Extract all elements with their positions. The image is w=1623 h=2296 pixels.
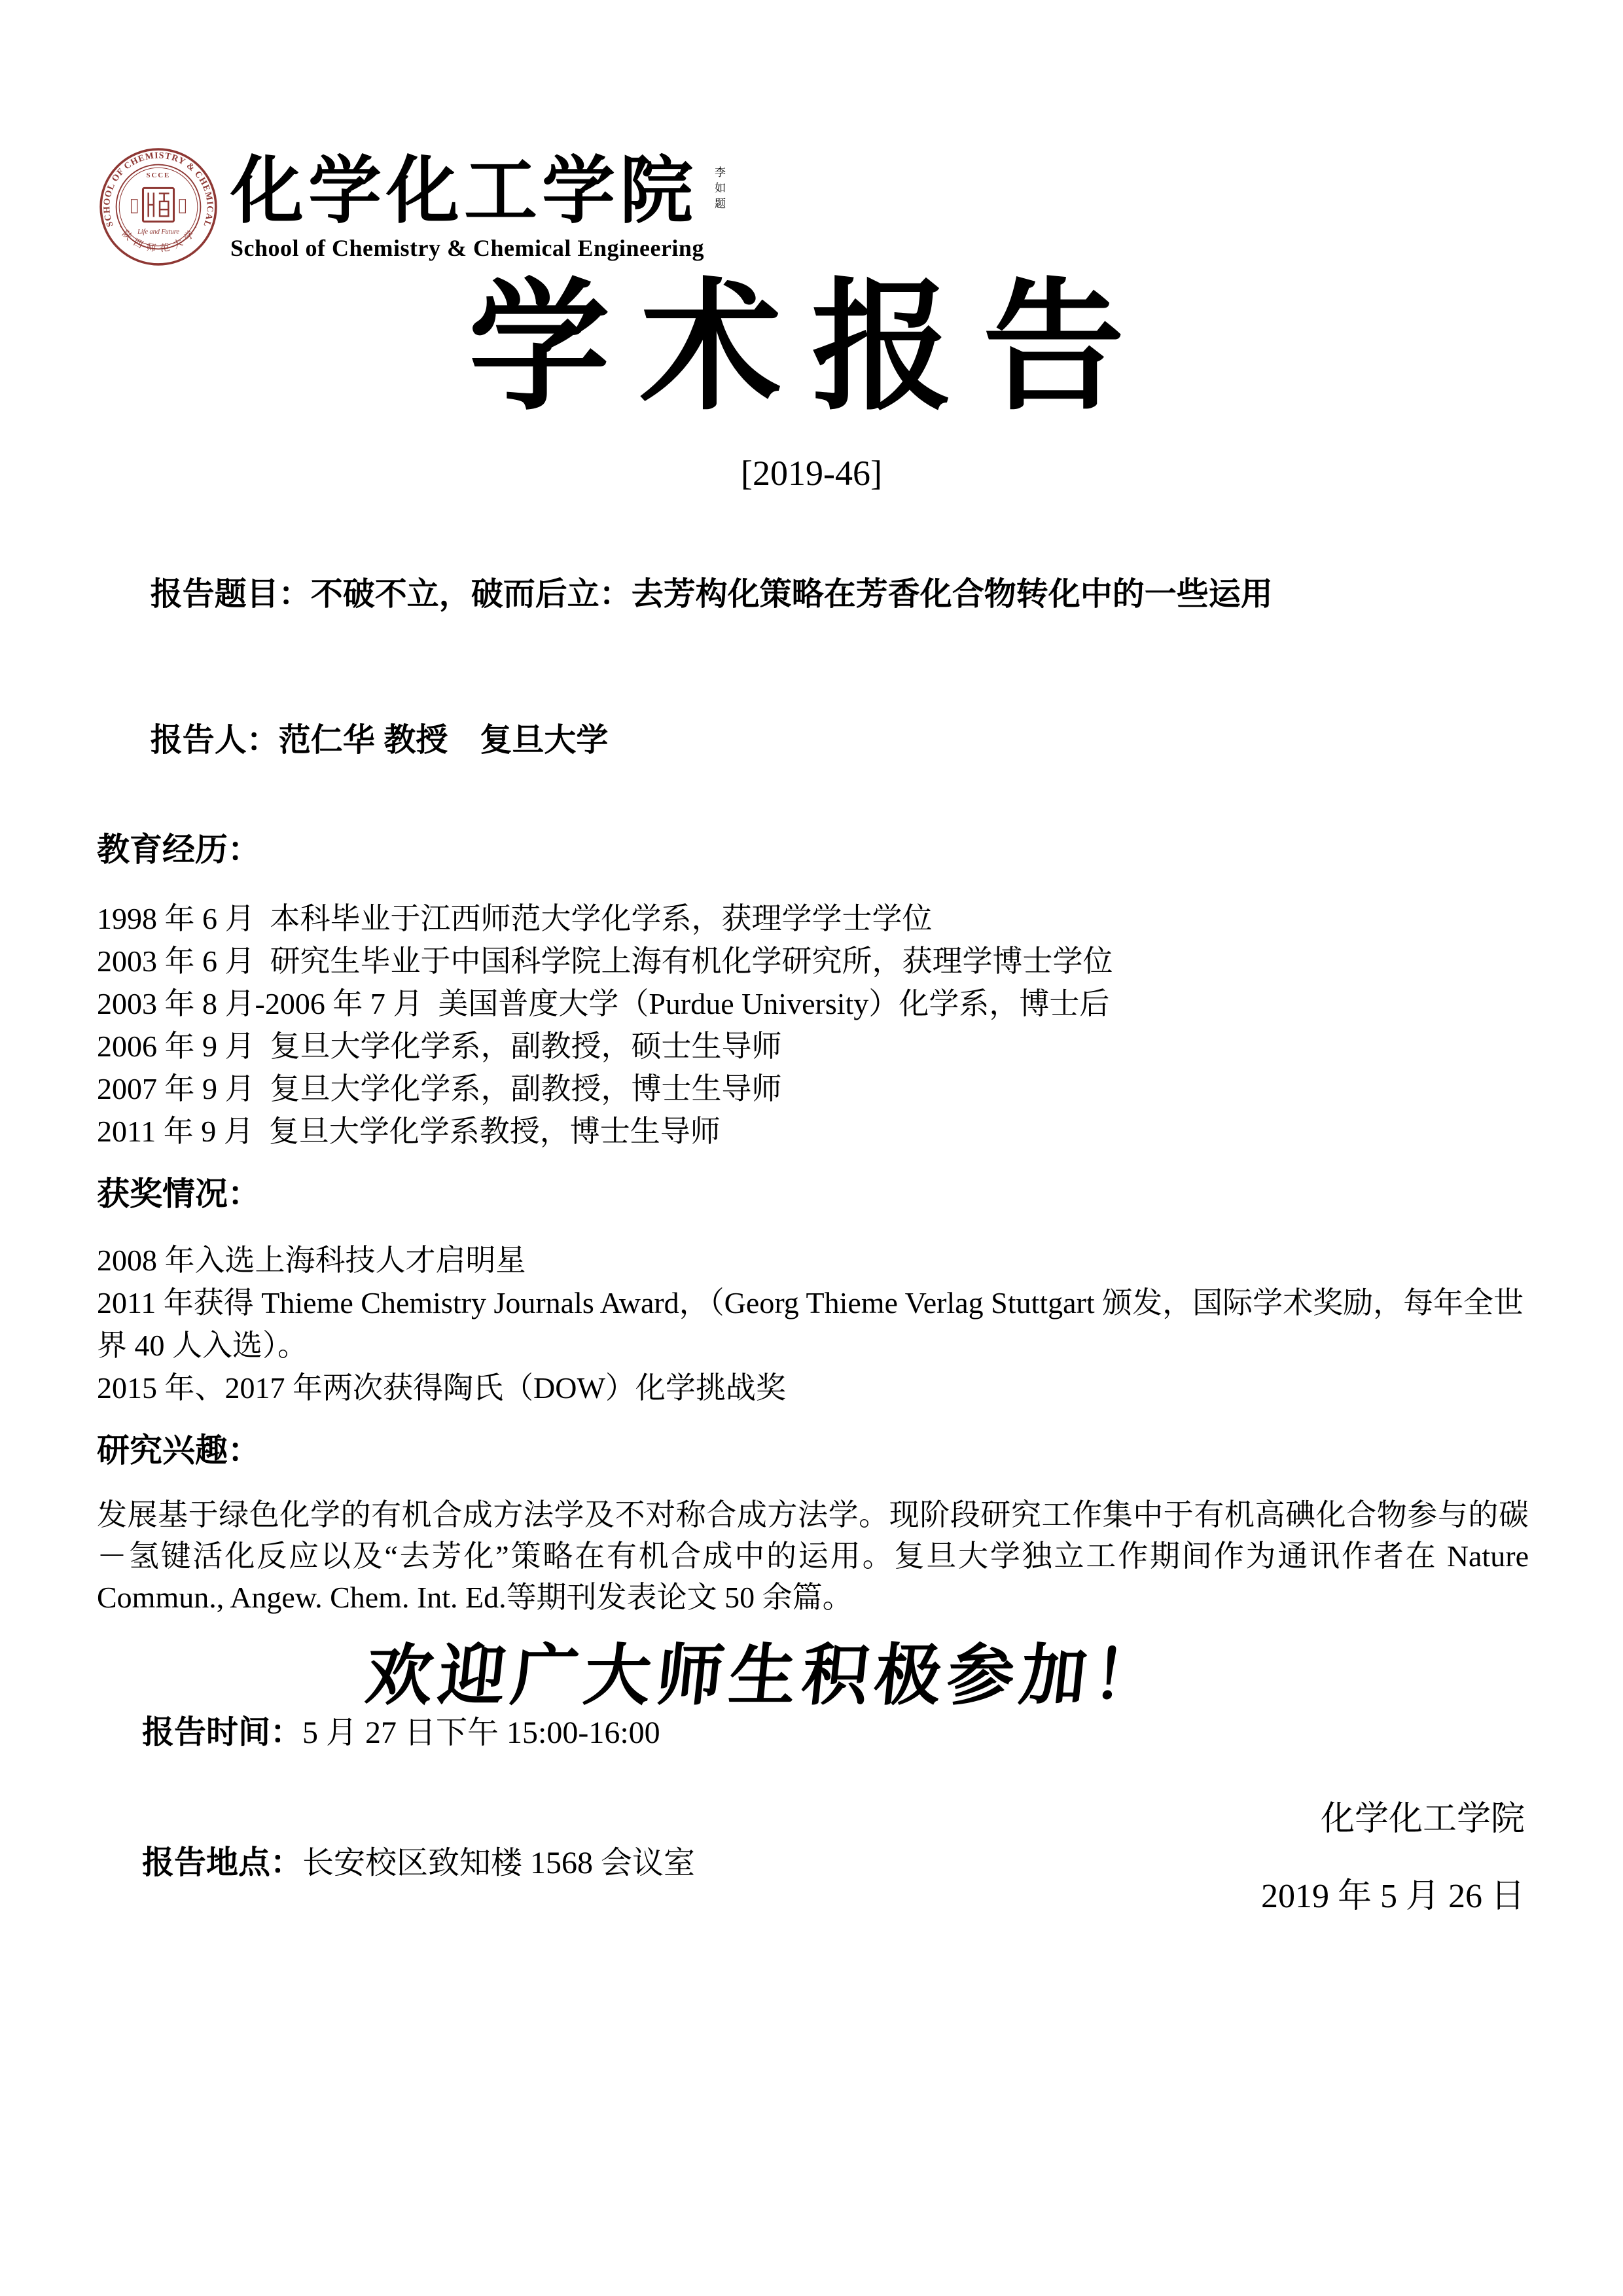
welcome-calligraphy: 欢迎广大师生积极参加！ <box>0 1638 1581 1716</box>
interests-paragraph: 发展基于绿色化学的有机合成方法学及不对称合成方法学。现阶段研究工作集中于有机高碘… <box>97 1494 1529 1618</box>
footer-organization: 化学化工学院 <box>1261 1799 1525 1840</box>
report-title-label: 报告题目： <box>151 577 311 612</box>
award-item: 2015 年、2017 年两次获得陶氏（DOW）化学挑战奖 <box>97 1367 1529 1409</box>
interests-heading: 研究兴趣： <box>97 1430 1529 1471</box>
footer-date: 2019 年 5 月 26 日 <box>1261 1876 1525 1918</box>
education-item: 2007 年 9 月 复旦大学化学系，副教授，博士生导师 <box>97 1067 1529 1110</box>
award-item: 2008 年入选上海科技人才启明星 <box>97 1239 1529 1282</box>
report-venue-value: 长安校区致知楼 1568 会议室 <box>302 1846 695 1880</box>
awards-heading: 获奖情况： <box>97 1174 1529 1214</box>
award-item: 2011 年获得 Thieme Chemistry Journals Award… <box>97 1282 1529 1367</box>
education-item: 2006 年 9 月 复旦大学化学系，副教授，硕士生导师 <box>97 1025 1529 1067</box>
school-name-calligraphy: 化学化工学院 <box>230 153 704 230</box>
report-title-value: 不破不立，破而后立：去芳构化策略在芳香化合物转化中的一些运用 <box>311 577 1273 612</box>
education-heading: 教育经历： <box>97 829 1529 870</box>
seal-motto: Life and Future <box>137 228 179 236</box>
education-item: 2003 年 6 月 研究生毕业于中国科学院上海有机化学研究所，获理学博士学位 <box>97 940 1529 982</box>
document-page: SCHOOL OF CHEMISTRY & CHEMICAL ENGINEERI… <box>0 0 1623 2296</box>
education-item: 1998 年 6 月 本科毕业于江西师范大学化学系，获理学学士学位 <box>97 897 1529 940</box>
report-title-line: 报告题目：不破不立，破而后立：去芳构化策略在芳香化合物转化中的一些运用 <box>97 535 1529 653</box>
education-item: 2011 年 9 月 复旦大学化学系教授，博士生导师 <box>97 1110 1529 1153</box>
seal-acronym: SCCE <box>147 171 171 179</box>
speaker-value: 范仁华 教授 复旦大学 <box>279 723 609 758</box>
education-item: 2003 年 8 月-2006 年 7 月 美国普度大学（Purdue Univ… <box>97 982 1529 1025</box>
lecture-number: [2019-46] <box>0 454 1623 492</box>
school-logo-block: SCHOOL OF CHEMISTRY & CHEMICAL ENGINEERI… <box>98 147 725 267</box>
lecture-title-calligraphy: 学术报告 <box>0 267 1623 431</box>
school-seal-icon: SCHOOL OF CHEMISTRY & CHEMICAL ENGINEERI… <box>98 147 219 267</box>
report-time-label: 报告时间： <box>142 1715 302 1750</box>
announcement-body: 报告题目：不破不立，破而后立：去芳构化策略在芳香化合物转化中的一些运用 报告人：… <box>97 535 1529 1928</box>
school-name-english: School of Chemistry & Chemical Engineeri… <box>230 234 704 262</box>
seal-outer-ring <box>101 149 216 264</box>
report-time-value: 5 月 27 日下午 15:00-16:00 <box>302 1715 660 1750</box>
footer-block: 化学化工学院 2019 年 5 月 26 日 <box>1261 1799 1525 1918</box>
school-name-block: 化学化工学院 School of Chemistry & Chemical En… <box>230 153 704 262</box>
speaker-line: 报告人：范仁华 教授 复旦大学 <box>97 681 1529 799</box>
report-venue-label: 报告地点： <box>142 1845 302 1880</box>
calligrapher-signature: 李如题 <box>712 166 725 213</box>
speaker-label: 报告人： <box>151 723 279 758</box>
